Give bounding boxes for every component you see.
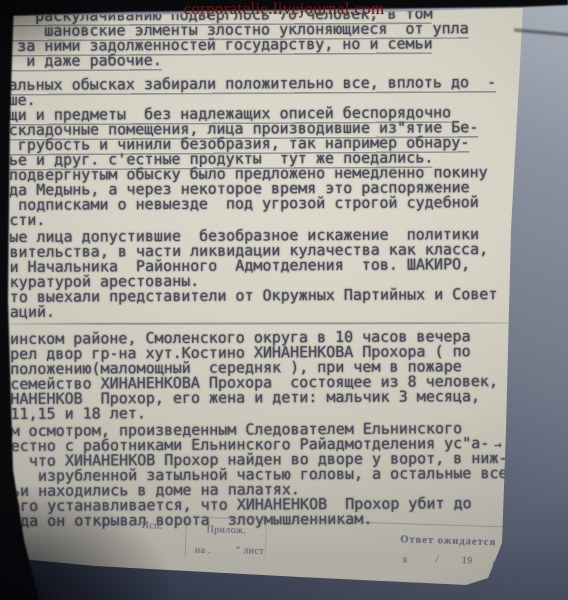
- document-lines: раскулачиванию подверглось 70 человек, в…: [8, 6, 516, 529]
- footer-label-list: " лист: [236, 545, 264, 557]
- footer-column-divider: [265, 519, 267, 559]
- footer-form: Исп. Прилож. на . " лист Ответ ожидается…: [138, 514, 511, 578]
- footer-label-prilozh: Прилож.: [206, 524, 246, 536]
- footer-label-na: на .: [195, 545, 212, 557]
- photo-border-left: [0, 0, 44, 600]
- footer-label-isp: Исп.: [141, 520, 162, 532]
- document-content: раскулачиванию подверглось 70 человек, в…: [0, 0, 568, 600]
- document-line: альных обысках забирали положительно все…: [8, 75, 513, 93]
- footer-label-slash: /: [436, 554, 440, 565]
- separator-line: [10, 322, 510, 325]
- footer-column-divider: [185, 515, 187, 557]
- document-paper-sheet: раскулачиванию подверглось 70 человек, в…: [0, 0, 568, 600]
- footer-label-g: г.: [492, 558, 499, 569]
- pencil-margin-arrow: →: [493, 438, 502, 454]
- document-line-text: альных обысках забирали положительно все…: [8, 73, 496, 94]
- photo-of-archival-document: раскулачиванию подверглось 70 человек, в…: [0, 0, 568, 600]
- footer-label-year: 19: [462, 555, 473, 566]
- document-line: и даже рабочие.: [8, 51, 513, 69]
- footer-label-k: к: [403, 554, 409, 565]
- footer-label-otvet: Ответ ожидается: [400, 534, 496, 548]
- display-case-seam: [514, 28, 568, 36]
- document-line: подписками о невыезде под угрозой строго…: [9, 195, 514, 213]
- document-line-text: подписками о невыезде под угрозой строго…: [9, 193, 479, 214]
- watermark-text: corporatelie.livejournal.com: [0, 0, 568, 19]
- document-line: то выехали представители от Окружных Пар…: [10, 287, 515, 305]
- document-line-text: то выехали представители от Окружных Пар…: [10, 285, 498, 306]
